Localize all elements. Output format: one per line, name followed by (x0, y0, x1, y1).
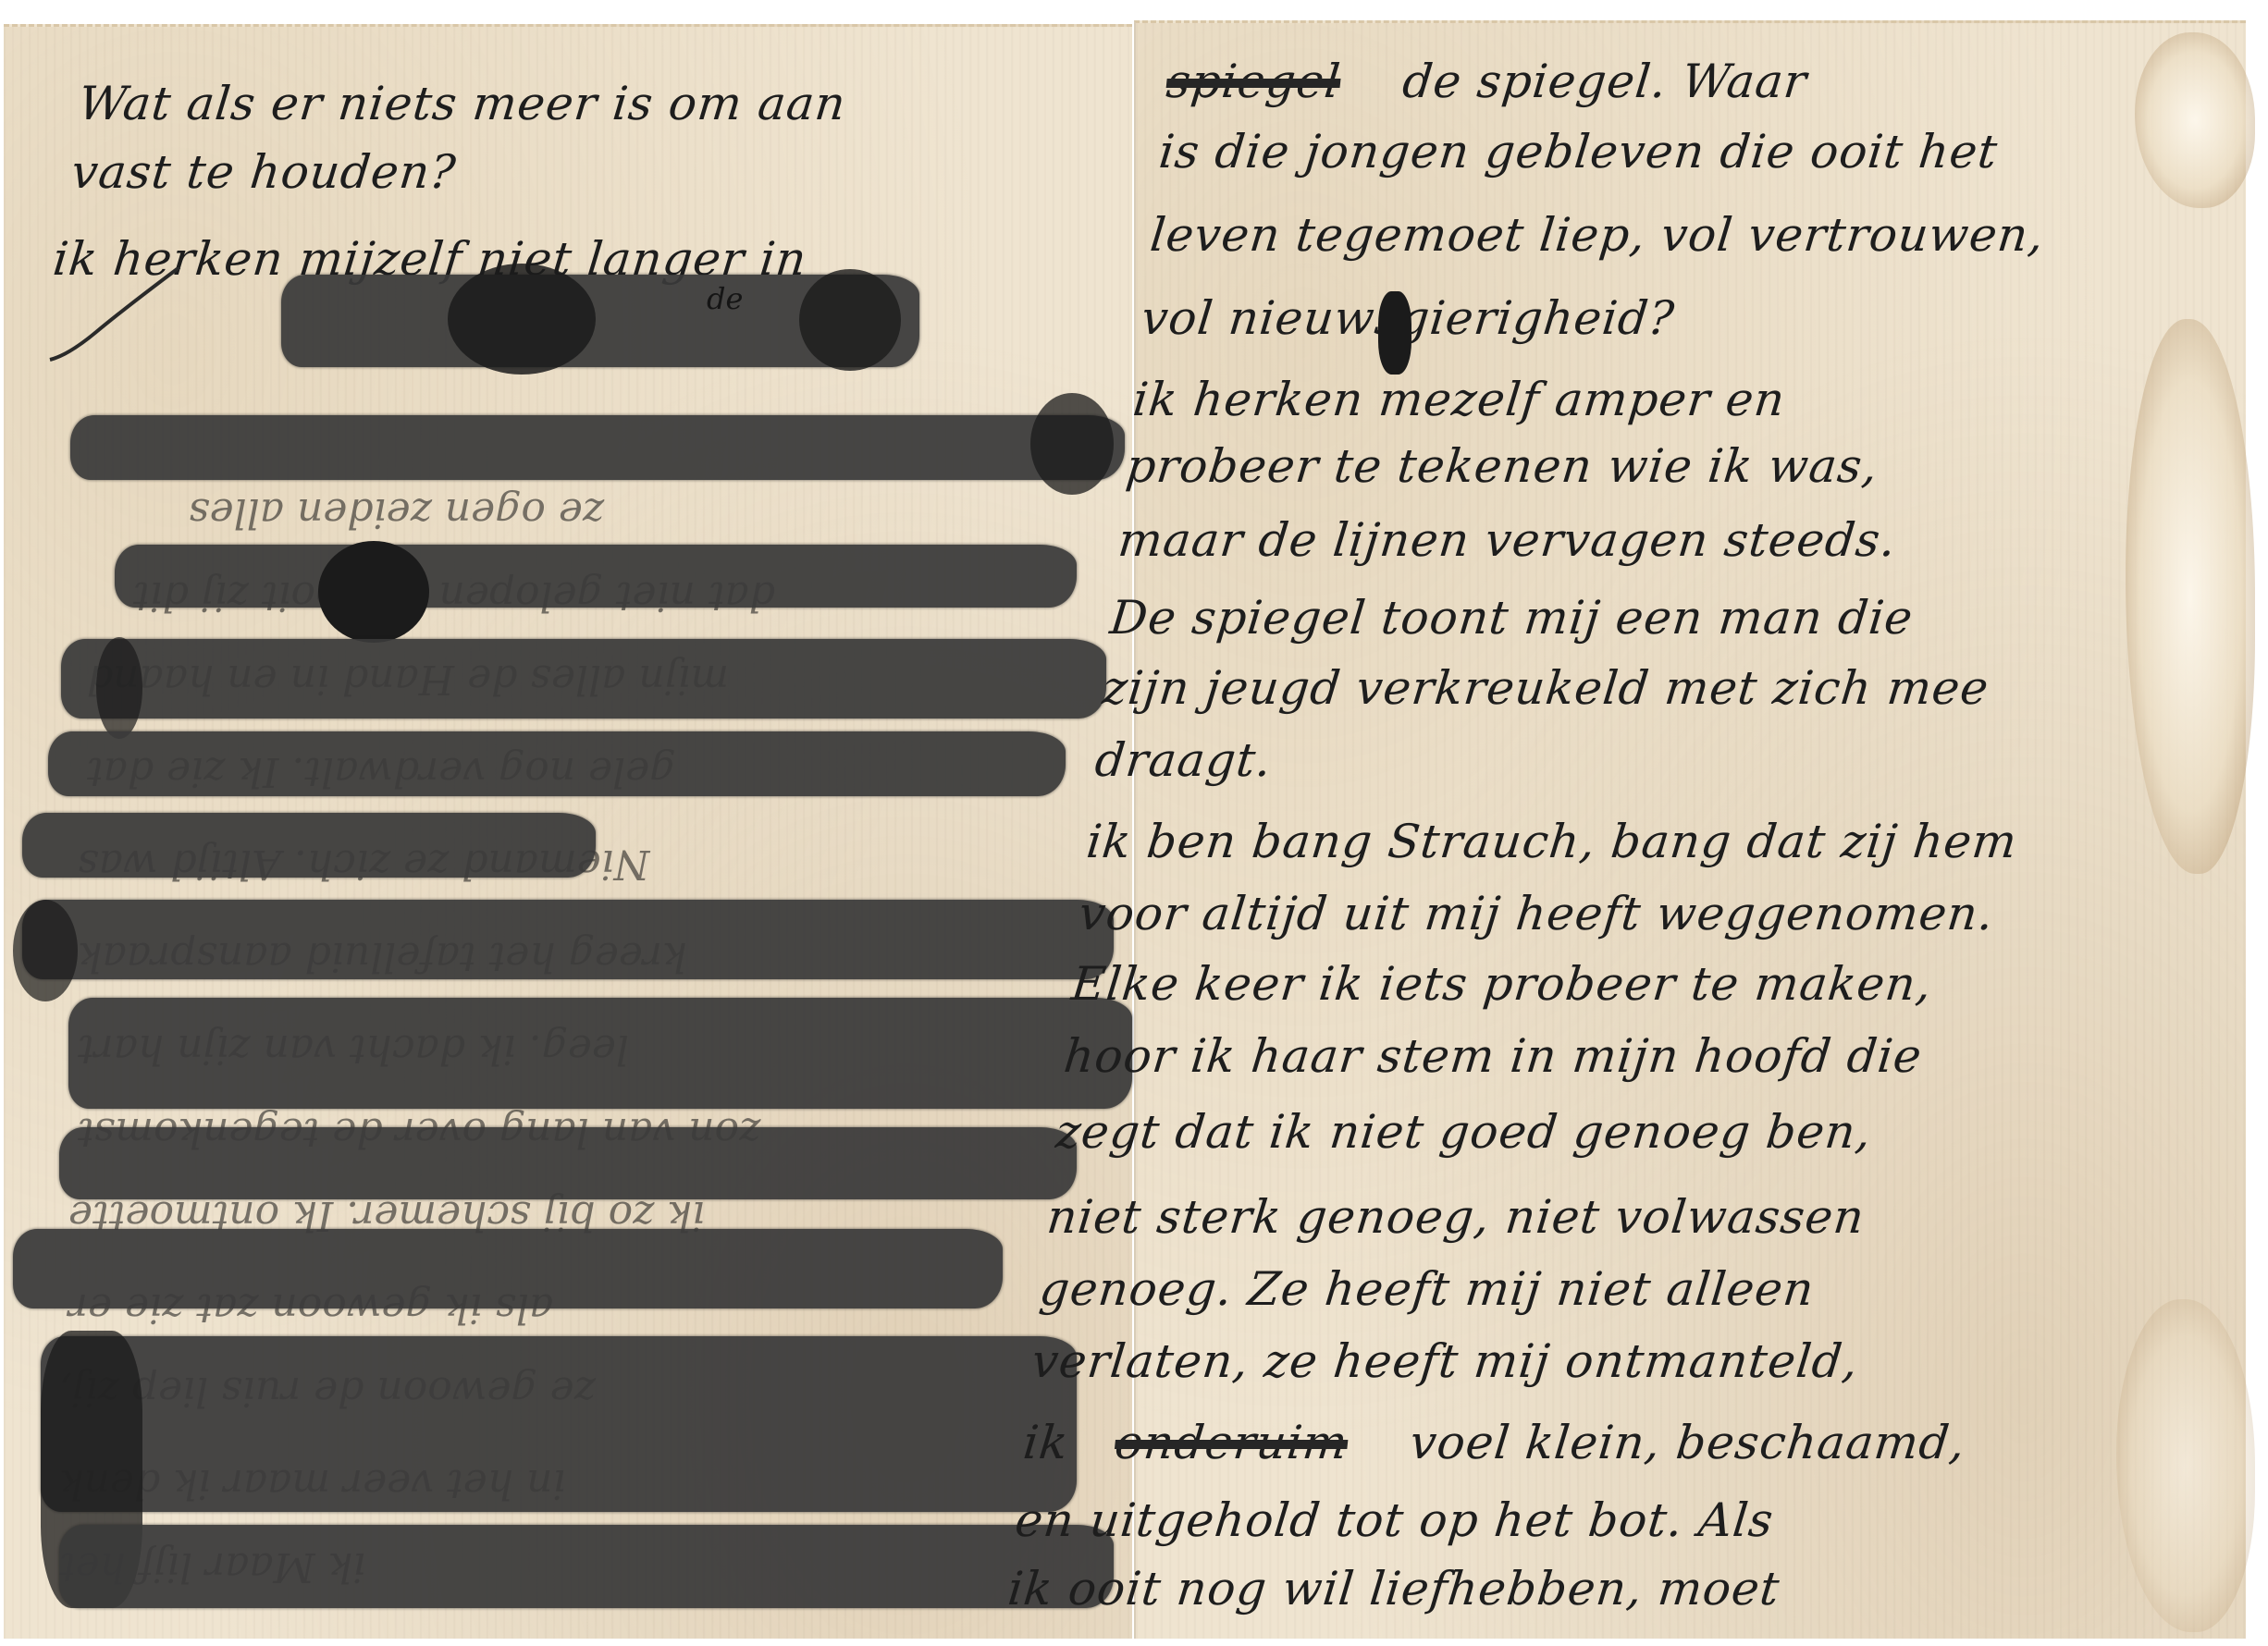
redaction-bar (61, 639, 1106, 719)
redaction-bar (22, 900, 1114, 979)
ink-flourish (41, 267, 226, 369)
handwritten-line: ik herken mezelf amper en (1130, 373, 1788, 426)
handwritten-line: voor altijd uit mij heeft weggenomen. (1077, 887, 1997, 940)
ink-blot (799, 269, 901, 371)
handwritten-line: vast te houden? (68, 145, 458, 199)
redacted-fragment: de (707, 281, 743, 316)
redaction-bar (13, 1229, 1003, 1308)
redaction-bar (115, 545, 1077, 608)
handwritten-line: Elke keer ik iets probeer te maken, (1069, 957, 1935, 1011)
handwritten-line: ik onderuim voel klein, beschaamd, (1021, 1416, 1968, 1469)
handwritten-text: ik (1021, 1416, 1103, 1469)
handwritten-line: probeer te tekenen wie ik was, (1124, 439, 1881, 493)
handwritten-line: maar de lijnen vervagen steeds. (1116, 513, 1899, 567)
right-page: spiegel de spiegel. Waar is die jongen g… (1134, 20, 2246, 1639)
redaction-bar (70, 415, 1125, 480)
redaction-bar (41, 1336, 1077, 1512)
handwritten-line: en uitgehold tot op het bot. Als (1013, 1493, 1777, 1547)
handwritten-line: hoor ik haar stem in mijn hoofd die (1062, 1029, 1925, 1083)
ink-blot (318, 541, 429, 643)
handwritten-line: ik ooit nog wil liefhebben, moet (1005, 1562, 1782, 1615)
ink-blot (1030, 393, 1114, 495)
left-page: Wat als er niets meer is om aan vast te … (4, 24, 1132, 1639)
handwritten-line: is die jongen gebleven die ooit het (1156, 125, 2000, 178)
handwritten-line: verlaten, ze heeft mij ontmanteld, (1029, 1334, 1861, 1388)
handwritten-line: leven tegemoet liep, vol vertrouwen, (1148, 208, 2047, 262)
ink-blot (448, 264, 596, 375)
ink-blot (13, 900, 78, 1001)
handwritten-text: voel klein, beschaamd, (1408, 1416, 1968, 1469)
handwritten-line: zijn jeugd verkreukeld met zich mee (1100, 661, 1991, 715)
handwritten-line: genoeg. Ze heeft mij niet alleen (1037, 1262, 1817, 1316)
bleed-through-text: ze ogen zeiden alles (189, 489, 604, 536)
redaction-bar (22, 813, 596, 878)
redaction-bar (59, 1127, 1077, 1199)
handwritten-line: ik ben bang Strauch, bang dat zij hem (1084, 815, 2020, 868)
ink-blot (1378, 291, 1411, 375)
handwritten-line: draagt. (1092, 733, 1275, 787)
redaction-bar (68, 998, 1132, 1109)
water-stain (2126, 319, 2255, 874)
struck-word: spiegel (1164, 55, 1343, 108)
handwritten-line: De spiegel toont mij een man die (1107, 591, 1916, 645)
handwritten-line: Wat als er niets meer is om aan (76, 77, 848, 130)
water-stain (2116, 1299, 2255, 1632)
water-stain (2135, 32, 2255, 208)
handwritten-line: zegt dat ik niet goed genoeg ben, (1054, 1105, 1874, 1159)
handwritten-text: de spiegel. Waar (1400, 55, 1810, 108)
redaction-bar (59, 1525, 1114, 1608)
ink-blot (96, 637, 142, 739)
redaction-bar (48, 731, 1066, 796)
handwritten-line: niet sterk genoeg, niet volwassen (1044, 1190, 1867, 1244)
struck-word: onderuim (1113, 1416, 1351, 1469)
handwritten-line: spiegel de spiegel. Waar (1164, 55, 1809, 108)
